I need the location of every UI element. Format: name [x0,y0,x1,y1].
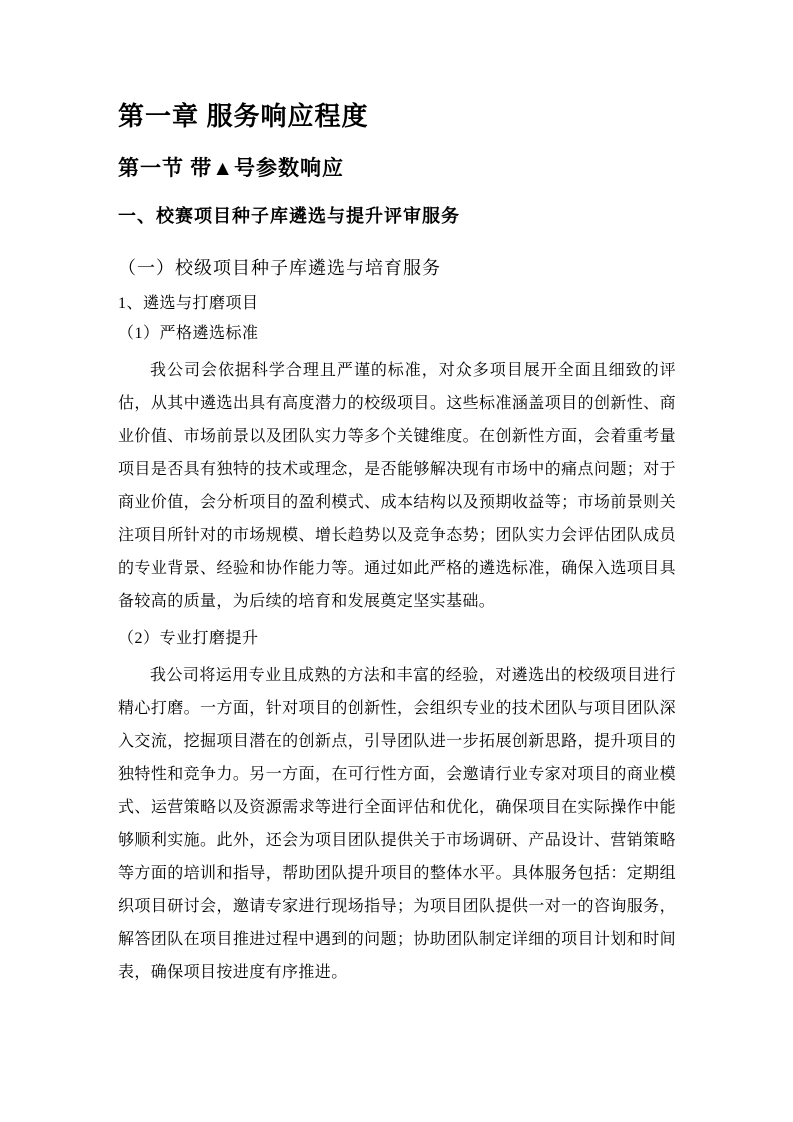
sub-item-2-heading: （2）专业打磨提升 [118,629,676,649]
section-heading: 第一节 带▲号参数响应 [118,155,676,182]
item-heading-1: 1、遴选与打磨项目 [118,294,676,314]
document-viewport: { "colors": { "page_background": "#fffff… [0,0,793,1122]
paragraph-2: 我公司将运用专业且成熟的方法和丰富的经验，对遴选出的校级项目进行精心打磨。一方面… [118,659,676,989]
document-page: 第一章 服务响应程度 第一节 带▲号参数响应 一、校赛项目种子库遴选与提升评审服… [0,0,793,1122]
subtopic-heading: （一）校级项目种子库遴选与培育服务 [118,256,676,281]
paragraph-1: 我公司会依据科学合理且严谨的标准，对众多项目展开全面且细致的评估，从其中遴选出具… [118,354,676,618]
chapter-heading: 第一章 服务响应程度 [118,101,676,133]
topic-heading: 一、校赛项目种子库遴选与提升评审服务 [118,204,676,228]
sub-item-1-heading: （1）严格遴选标准 [118,324,676,344]
